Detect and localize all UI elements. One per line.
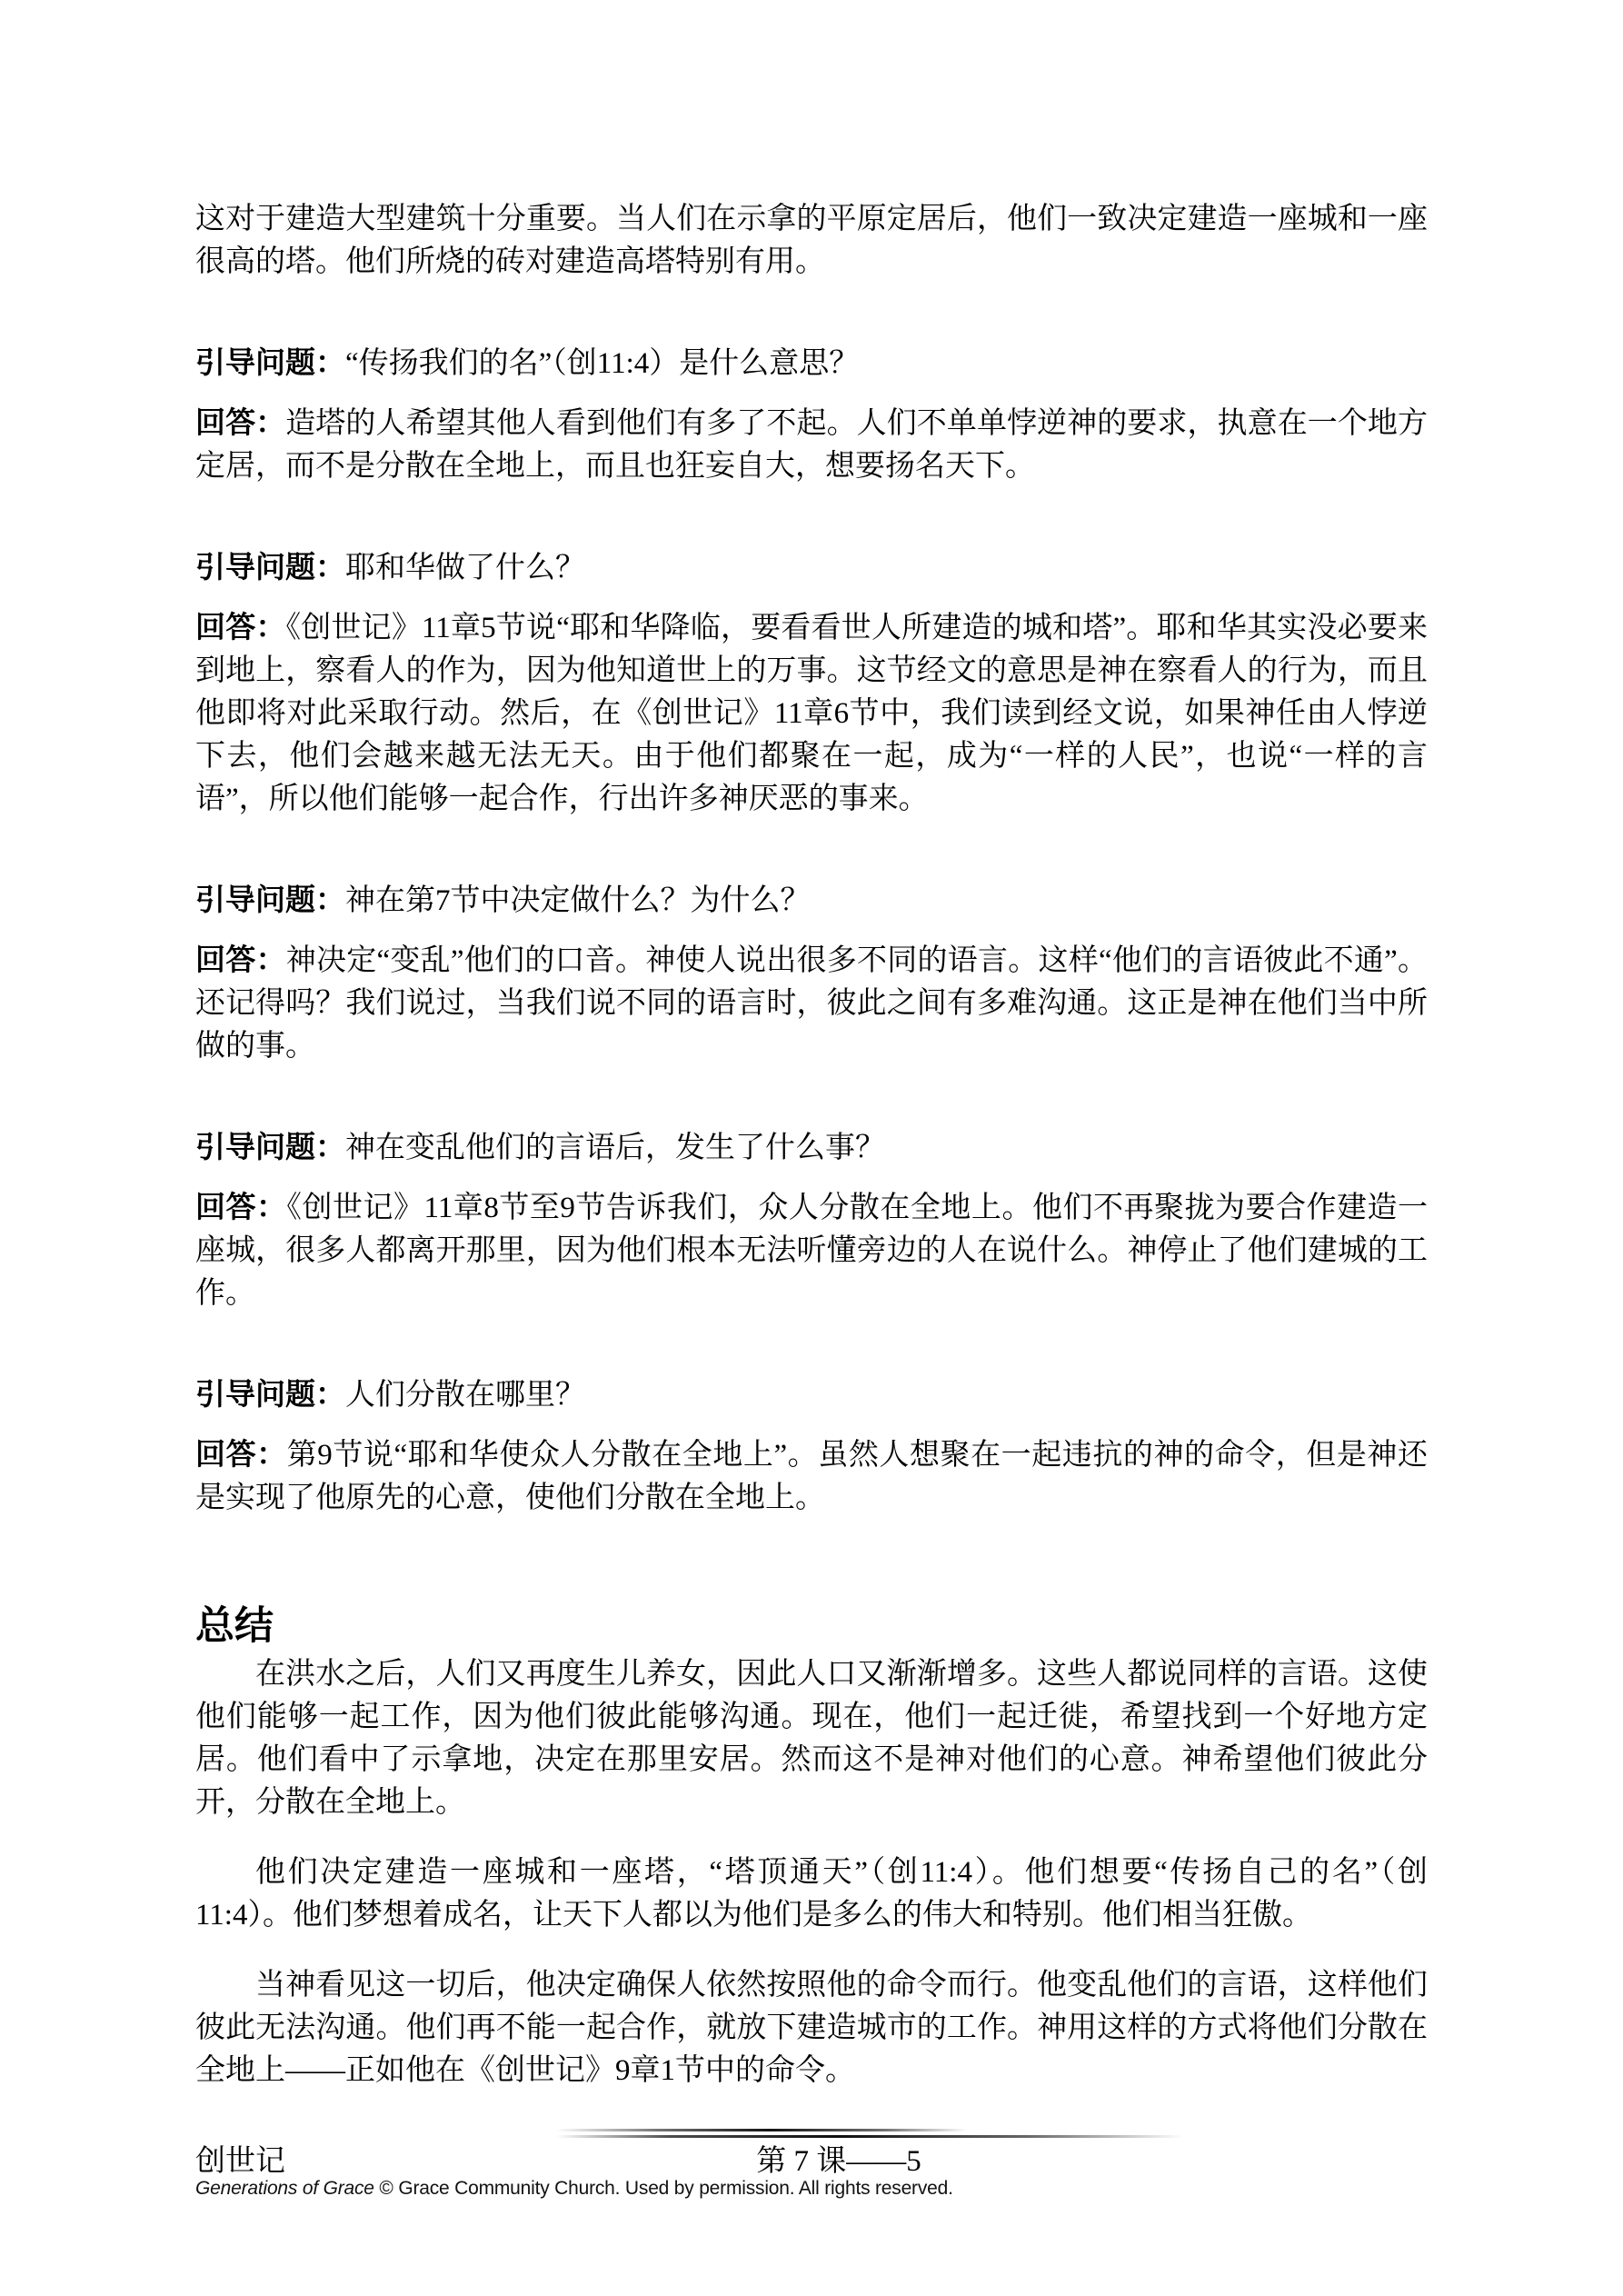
summary-paragraph: 当神看见这一切后，他决定确保人依然按照他的命令而行。他变乱他们的言语，这样他们彼…: [195, 1964, 1428, 2092]
copyright-notice: Generations of Grace © Grace Community C…: [195, 2178, 953, 2200]
qa-block: 引导问题：人们分散在哪里？ 回答：第9节说“耶和华使众人分散在全地上”。虽然人想…: [195, 1373, 1428, 1520]
summary-paragraph: 在洪水之后，人们又再度生儿养女，因此人口又渐渐增多。这些人都说同样的言语。这使他…: [195, 1653, 1428, 1824]
question-label: 引导问题：: [195, 345, 345, 379]
question-label: 引导问题：: [195, 1377, 345, 1411]
guiding-question: 引导问题：“传扬我们的名”（创11:4）是什么意思？: [195, 341, 1428, 385]
answer-paragraph: 回答：《创世记》11章5节说“耶和华降临，要看看世人所建造的城和塔”。耶和华其实…: [195, 605, 1428, 821]
question-label: 引导问题：: [195, 550, 345, 584]
answer-paragraph: 回答：《创世记》11章8节至9节告诉我们，众人分散在全地上。他们不再聚拢为要合作…: [195, 1185, 1428, 1315]
question-text: “传扬我们的名”（创11:4）是什么意思？: [345, 347, 859, 380]
answer-label: 回答：: [195, 1190, 287, 1223]
answer-label: 回答：: [195, 405, 285, 439]
document-body: 这对于建造大型建筑十分重要。当人们在示拿的平原定居后，他们一致决定建造一座城和一…: [195, 198, 1428, 2092]
qa-block: 引导问题：神在第7节中决定做什么？为什么？ 回答：神决定“变乱”他们的口音。神使…: [195, 878, 1428, 1068]
answer-text: 《创世记》11章8节至9节告诉我们，众人分散在全地上。他们不再聚拢为要合作建造一…: [195, 1192, 1428, 1310]
question-text: 神在第7节中决定做什么？为什么？: [345, 884, 811, 917]
footer-page-number: 第 7 课——5: [195, 2143, 1482, 2180]
qa-block: 引导问题：“传扬我们的名”（创11:4）是什么意思？ 回答：造塔的人希望其他人看…: [195, 341, 1428, 488]
question-text: 人们分散在哪里？: [345, 1379, 585, 1412]
summary-paragraph: 他们决定建造一座城和一座塔，“塔顶通天”（创11:4）。他们想要“传扬自己的名”…: [195, 1852, 1428, 1937]
answer-text: 第9节说“耶和华使众人分散在全地上”。虽然人想聚在一起违抗的神的命令，但是神还是…: [195, 1439, 1428, 1514]
answer-text: 神决定“变乱”他们的口音。神使人说出很多不同的语言。这样“他们的言语彼此不通”。…: [195, 944, 1428, 1063]
answer-paragraph: 回答：第9节说“耶和华使众人分散在全地上”。虽然人想聚在一起违抗的神的命令，但是…: [195, 1433, 1428, 1520]
question-label: 引导问题：: [195, 883, 345, 916]
summary-heading: 总结: [195, 1602, 1428, 1650]
answer-label: 回答：: [195, 943, 286, 976]
copyright-text: © Grace Community Church. Used by permis…: [374, 2178, 953, 2199]
guiding-question: 引导问题：人们分散在哪里？: [195, 1373, 1428, 1417]
footer-divider-line: [556, 2135, 1183, 2138]
answer-label: 回答：: [195, 1437, 287, 1471]
answer-paragraph: 回答：神决定“变乱”他们的口音。神使人说出很多不同的语言。这样“他们的言语彼此不…: [195, 938, 1428, 1068]
document-page: 这对于建造大型建筑十分重要。当人们在示拿的平原定居后，他们一致决定建造一座城和一…: [0, 0, 1623, 2296]
intro-paragraph: 这对于建造大型建筑十分重要。当人们在示拿的平原定居后，他们一致决定建造一座城和一…: [195, 198, 1428, 284]
footer-divider-line: [556, 2129, 967, 2131]
guiding-question: 引导问题：神在第7节中决定做什么？为什么？: [195, 878, 1428, 923]
guiding-question: 引导问题：神在变乱他们的言语后，发生了什么事？: [195, 1125, 1428, 1170]
copyright-series-title: Generations of Grace: [195, 2178, 374, 2199]
guiding-question: 引导问题：耶和华做了什么？: [195, 545, 1428, 590]
answer-text: 《创世记》11章5节说“耶和华降临，要看看世人所建造的城和塔”。耶和华其实没必要…: [195, 612, 1428, 815]
qa-block: 引导问题：耶和华做了什么？ 回答：《创世记》11章5节说“耶和华降临，要看看世人…: [195, 545, 1428, 821]
answer-label: 回答：: [195, 610, 286, 644]
answer-paragraph: 回答：造塔的人希望其他人看到他们有多了不起。人们不单单悖逆神的要求，执意在一个地…: [195, 401, 1428, 488]
question-text: 耶和华做了什么？: [345, 552, 585, 584]
question-label: 引导问题：: [195, 1130, 345, 1163]
question-text: 神在变乱他们的言语后，发生了什么事？: [345, 1132, 885, 1164]
qa-block: 引导问题：神在变乱他们的言语后，发生了什么事？ 回答：《创世记》11章8节至9节…: [195, 1125, 1428, 1315]
summary-section: 在洪水之后，人们又再度生儿养女，因此人口又渐渐增多。这些人都说同样的言语。这使他…: [195, 1653, 1428, 2092]
answer-text: 造塔的人希望其他人看到他们有多了不起。人们不单单悖逆神的要求，执意在一个地方定居…: [195, 407, 1428, 483]
